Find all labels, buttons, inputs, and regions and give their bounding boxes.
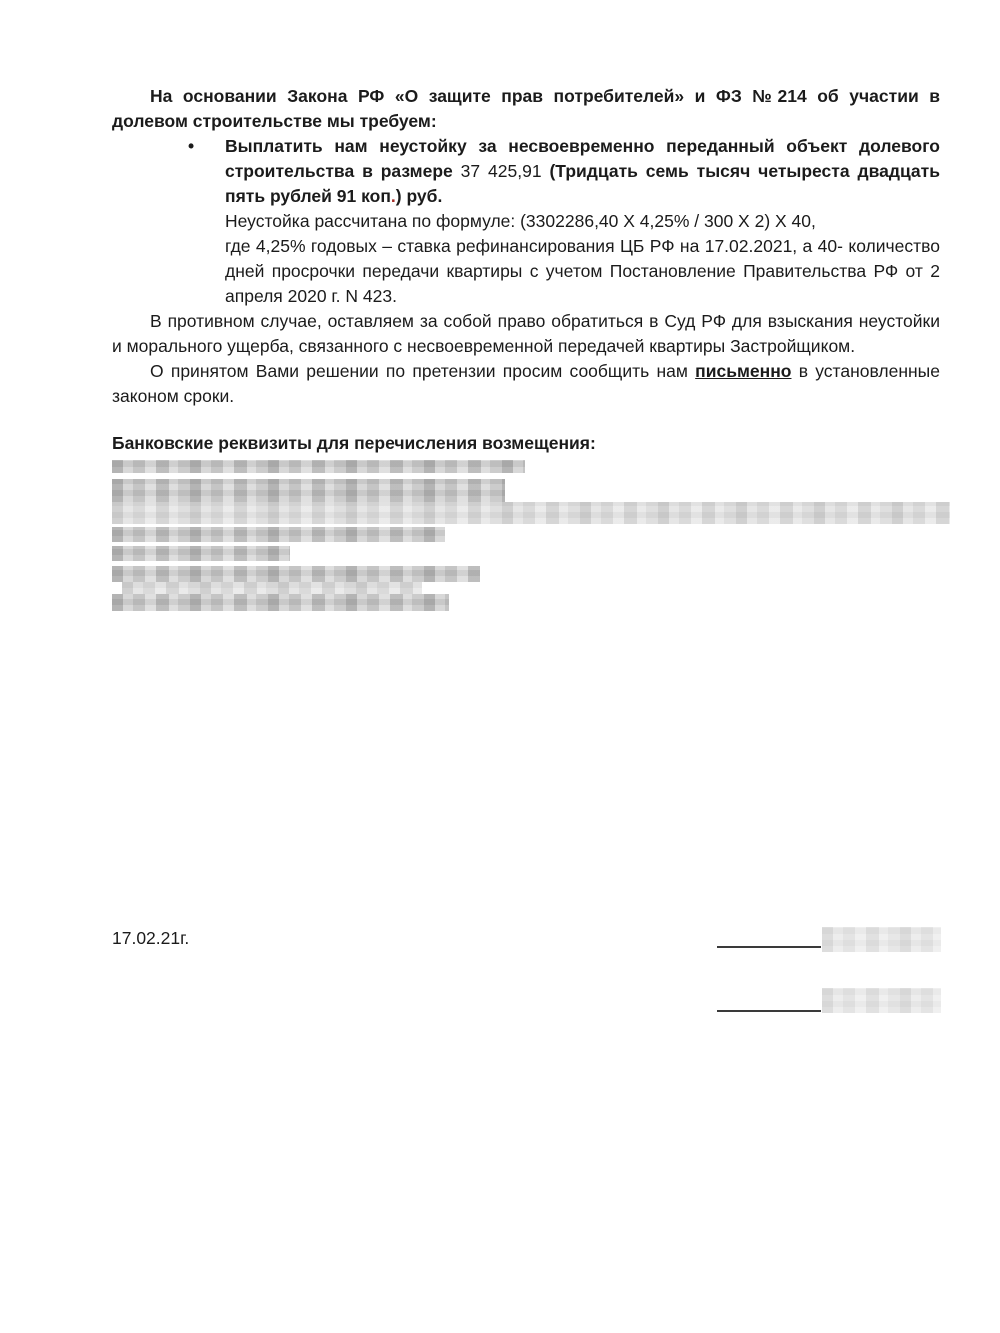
signature-line [717,986,821,1012]
redacted-line [112,460,525,473]
intro-paragraph: На основании Закона РФ «О защите прав по… [112,84,940,134]
document-body: На основании Закона РФ «О защите прав по… [112,84,940,611]
formula-text: Неустойка рассчитана по формуле: (330228… [225,211,816,231]
redacted-line [112,546,290,561]
redacted-line [112,502,950,524]
demand-tail: ) руб. [396,186,443,206]
document-page: На основании Закона РФ «О защите прав по… [0,0,1000,1333]
intro-text: На основании Закона РФ «О защите прав по… [112,86,940,131]
formula-paragraph: Неустойка рассчитана по формуле: (330228… [112,209,940,234]
bank-details-heading: Банковские реквизиты для перечисления во… [112,431,940,456]
notice-pre: О принятом Вами решении по претензии про… [150,361,695,381]
court-warning-paragraph: В противном случае, оставляем за собой п… [112,309,940,359]
notice-paragraph: О принятом Вами решении по претензии про… [112,359,940,409]
signature-name-redacted [822,988,941,1013]
court-warning-text: В противном случае, оставляем за собой п… [112,311,940,356]
formula-note-paragraph: где 4,25% годовых – ставка рефинансирова… [112,234,940,309]
redacted-line [112,594,449,611]
signature-name-redacted [822,927,941,952]
bullet-marker: • [188,134,194,159]
penalty-amount: 37 425,91 [461,161,550,181]
demand-bullet-item: • Выплатить нам неустойку за несвоевреме… [112,134,940,209]
redacted-line [112,479,505,502]
redacted-line [112,527,445,542]
bank-details-heading-text: Банковские реквизиты для перечисления во… [112,433,596,453]
document-date: 17.02.21г. [112,928,189,949]
signature-line [717,922,821,948]
notice-emphasized: письменно [695,361,791,381]
formula-note-text: где 4,25% годовых – ставка рефинансирова… [225,236,940,306]
redacted-line [112,566,480,582]
redacted-line [122,582,422,594]
